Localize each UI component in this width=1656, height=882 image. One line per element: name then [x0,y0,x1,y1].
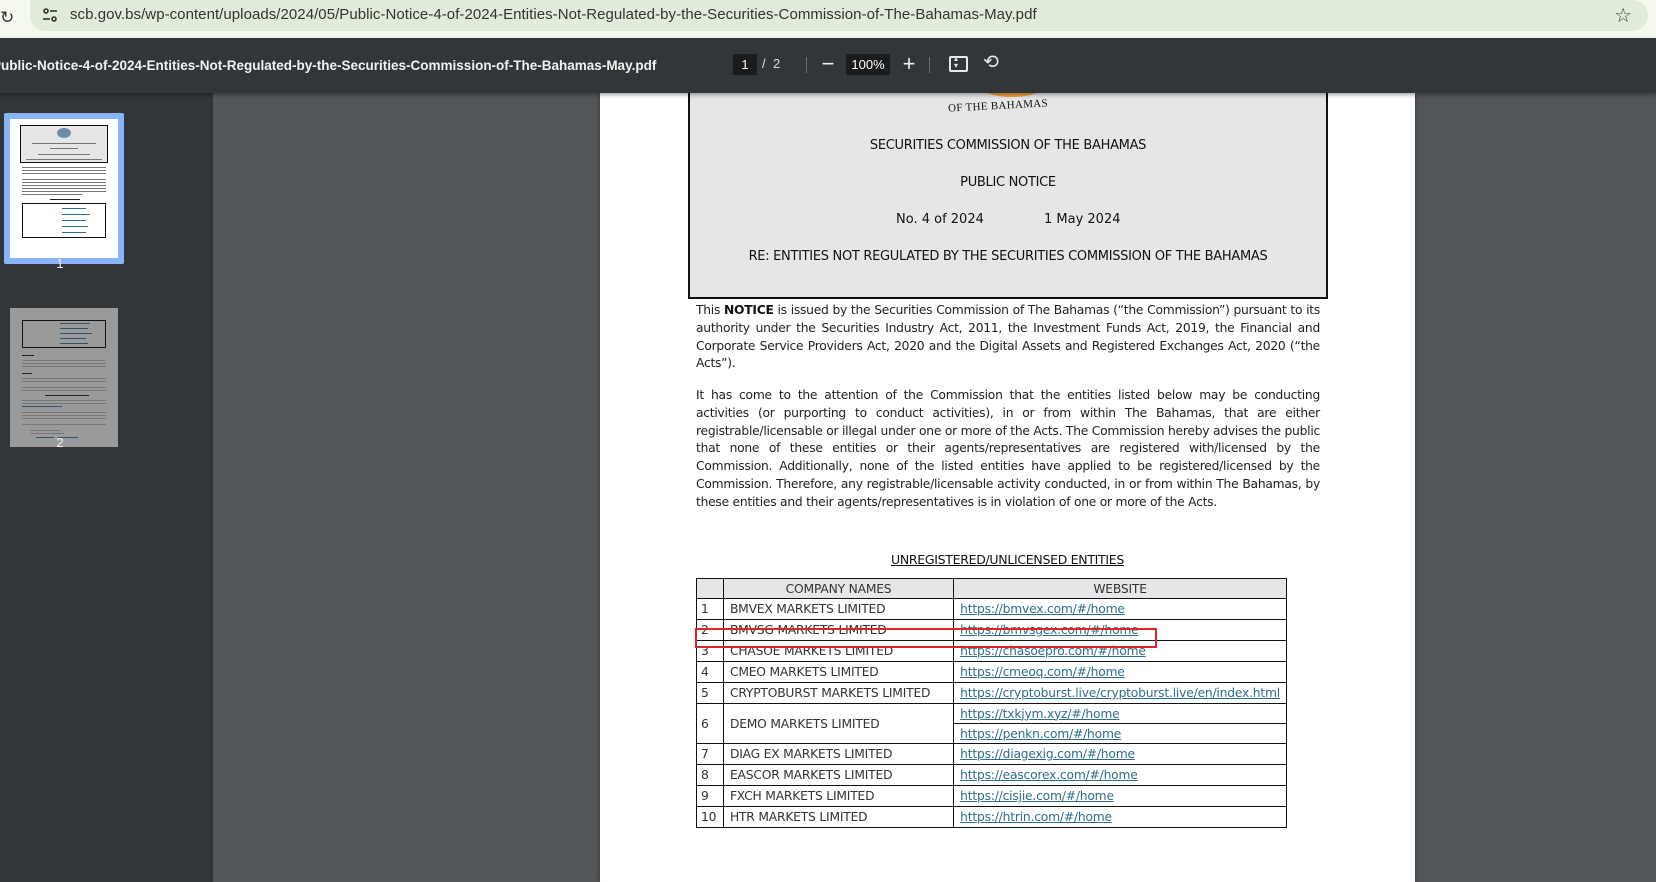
company-name: BMVSG MARKETS LIMITED [723,620,953,641]
page-separator: / [762,56,766,71]
company-name: FXCH MARKETS LIMITED [723,786,953,807]
page-number-input[interactable]: 1 [733,54,757,75]
company-name: HTR MARKETS LIMITED [723,807,953,828]
thumbnail-2-label: 2 [0,435,120,450]
table-row: 10HTR MARKETS LIMITEDhttps://htrin.com/#… [697,807,1287,828]
org-name: SECURITIES COMMISSION OF THE BAHAMAS [690,138,1326,153]
attention-paragraph: It has come to the attention of the Comm… [696,387,1320,512]
row-number: 3 [697,641,724,662]
reload-icon[interactable]: ↻ [0,6,20,30]
table-row: 9FXCH MARKETS LIMITEDhttps://cisjie.com/… [697,786,1287,807]
website-cell: https://cmeoq.com/#/home [954,662,1287,683]
table-row: 5CRYPTOBURST MARKETS LIMITEDhttps://cryp… [697,683,1287,704]
thumbnail-1-image [10,119,118,258]
notice-number: No. 4 of 2024 [896,212,984,227]
website-cell: https://htrin.com/#/home [954,807,1287,828]
website-cell: https://bmvsgex.com/#/home [954,620,1287,641]
pdf-toolbar: Public-Notice-4-of-2024-Entities-Not-Reg… [0,38,1656,93]
row-number: 2 [697,620,724,641]
url-text[interactable]: scb.gov.bs/wp-content/uploads/2024/05/Pu… [70,6,1037,23]
header-num [697,579,724,599]
thumbnail-1-label: 1 [0,256,120,271]
website-cell: https://bmvex.com/#/home [954,599,1287,620]
zoom-level-input[interactable]: 100% [846,54,890,75]
rotate-icon[interactable]: ⟲ [979,51,1003,75]
notice-date: 1 May 2024 [1044,212,1121,227]
pdf-page: OF THE BAHAMAS SECURITIES COMMISSION OF … [600,93,1415,882]
website-link[interactable]: https://cryptoburst.live/cryptoburst.liv… [960,686,1280,700]
page-total: 2 [773,56,780,71]
table-row: 7DIAG EX MARKETS LIMITEDhttps://diagexig… [697,744,1287,765]
company-name: EASCOR MARKETS LIMITED [723,765,953,786]
website-link[interactable]: https://cisjie.com/#/home [960,789,1114,803]
row-number: 10 [697,807,724,828]
tune-icon[interactable] [42,7,58,23]
table-row: 3CHASOE MARKETS LIMITEDhttps://chasoepro… [697,641,1287,662]
table-row: 1BMVEX MARKETS LIMITEDhttps://bmvex.com/… [697,599,1287,620]
website-link[interactable]: https://penkn.com/#/home [960,727,1121,741]
thumbnail-sidebar: 1 2 [0,93,213,882]
company-name: DEMO MARKETS LIMITED [723,704,953,744]
website-cell: https://chasoepro.com/#/home [954,641,1287,662]
table-row: 2BMVSG MARKETS LIMITEDhttps://bmvsgex.co… [697,620,1287,641]
thumbnail-page-1[interactable] [4,113,124,264]
website-cell: https://cryptoburst.live/cryptoburst.liv… [954,683,1287,704]
browser-address-bar: ↻ scb.gov.bs/wp-content/uploads/2024/05/… [0,0,1656,38]
zoom-in-button[interactable]: + [897,50,921,78]
notice-header-box: OF THE BAHAMAS SECURITIES COMMISSION OF … [688,93,1328,299]
website-link[interactable]: https://cmeoq.com/#/home [960,665,1125,679]
website-cell: https://eascorex.com/#/home [954,765,1287,786]
row-number: 9 [697,786,724,807]
website-cell: https://diagexig.com/#/home [954,744,1287,765]
website-cell: https://penkn.com/#/home [954,724,1287,744]
company-name: CHASOE MARKETS LIMITED [723,641,953,662]
header-company: COMPANY NAMES [723,579,953,599]
website-link[interactable]: https://chasoepro.com/#/home [960,644,1146,658]
company-name: BMVEX MARKETS LIMITED [723,599,953,620]
table-header-row: COMPANY NAMES WEBSITE [697,579,1287,599]
notice-type: PUBLIC NOTICE [690,175,1326,190]
row-number: 4 [697,662,724,683]
table-row: 6DEMO MARKETS LIMITEDhttps://txkjym.xyz/… [697,704,1287,724]
table-row: 8EASCOR MARKETS LIMITEDhttps://eascorex.… [697,765,1287,786]
fit-page-icon[interactable] [949,56,968,72]
row-number: 1 [697,599,724,620]
company-name: CMEO MARKETS LIMITED [723,662,953,683]
website-link[interactable]: https://bmvex.com/#/home [960,602,1125,616]
star-icon[interactable]: ☆ [1614,3,1632,28]
document-title: Public-Notice-4-of-2024-Entities-Not-Reg… [0,58,656,73]
thumbnail-page-2[interactable] [10,308,118,447]
section-title: UNREGISTERED/UNLICENSED ENTITIES [600,552,1415,567]
website-link[interactable]: https://eascorex.com/#/home [960,768,1138,782]
website-cell: https://cisjie.com/#/home [954,786,1287,807]
company-name: CRYPTOBURST MARKETS LIMITED [723,683,953,704]
intro-paragraph: This NOTICE is issued by the Securities … [696,302,1320,373]
row-number: 8 [697,765,724,786]
toolbar-divider [806,57,807,73]
website-link[interactable]: https://htrin.com/#/home [960,810,1112,824]
pdf-viewer[interactable]: OF THE BAHAMAS SECURITIES COMMISSION OF … [213,93,1656,882]
notice-subject: RE: ENTITIES NOT REGULATED BY THE SECURI… [690,249,1326,264]
entities-table: COMPANY NAMES WEBSITE 1BMVEX MARKETS LIM… [696,578,1287,828]
table-row: 4CMEO MARKETS LIMITEDhttps://cmeoq.com/#… [697,662,1287,683]
website-link[interactable]: https://txkjym.xyz/#/home [960,707,1119,721]
website-cell: https://txkjym.xyz/#/home [954,704,1287,724]
website-link[interactable]: https://bmvsgex.com/#/home [960,623,1138,637]
toolbar-divider [929,57,930,73]
omnibox[interactable]: scb.gov.bs/wp-content/uploads/2024/05/Pu… [30,0,1648,31]
row-number: 7 [697,744,724,765]
zoom-out-button[interactable]: − [817,50,839,78]
row-number: 5 [697,683,724,704]
header-website: WEBSITE [954,579,1287,599]
company-name: DIAG EX MARKETS LIMITED [723,744,953,765]
row-number: 6 [697,704,724,744]
notice-bold: NOTICE [724,303,774,317]
website-link[interactable]: https://diagexig.com/#/home [960,747,1135,761]
